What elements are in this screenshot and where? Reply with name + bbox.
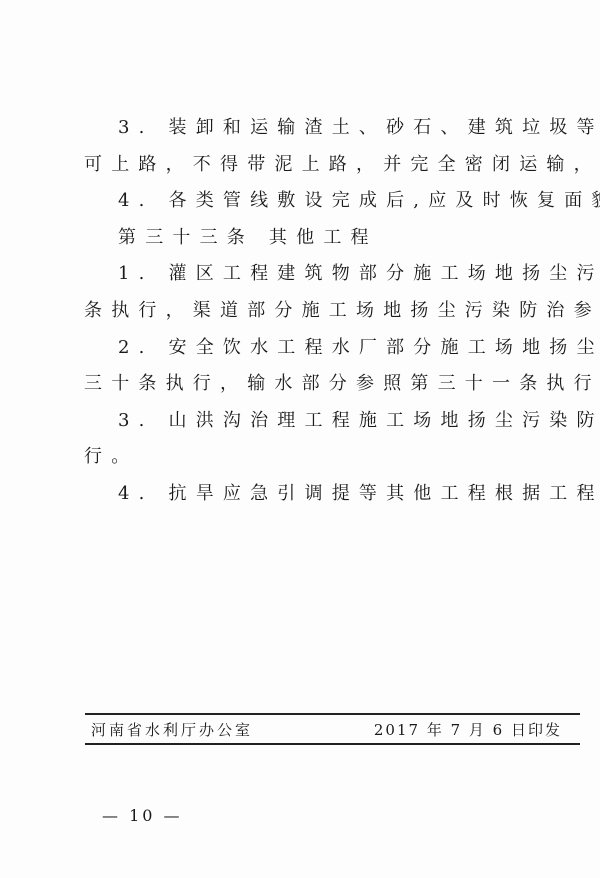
paragraph-line: 条执行，渠道部分施工场地扬尘污染防治参照第三十一条执行。 <box>84 293 584 330</box>
body-text: 3. 装卸和运输渣土、砂石、建筑垃圾等物料的，经冲洗后方 可上路，不得带泥上路，… <box>84 110 584 513</box>
paragraph-line: 3. 装卸和运输渣土、砂石、建筑垃圾等物料的，经冲洗后方 <box>84 110 584 147</box>
paragraph-line: 4. 抗旱应急引调提等其他工程根据工程形式参照执行。 <box>84 476 584 513</box>
paragraph-line: 4. 各类管线敷设完成后,应及时恢复面貌,不得留裸土地面。 <box>84 183 584 220</box>
page-number: — 10 — <box>102 806 183 825</box>
issuance-footer: 河南省水利厅办公室 2017 年 7 月 6 日印发 <box>85 713 580 745</box>
issuer-name: 河南省水利厅办公室 <box>85 719 253 740</box>
paragraph-line: 行。 <box>84 439 584 476</box>
paragraph-line: 可上路，不得带泥上路，并完全密闭运输，不得“抛洒滴漏”。 <box>84 147 584 184</box>
paragraph-line: 1. 灌区工程建筑物部分施工场地扬尘污染防治参照第三十 <box>84 256 584 293</box>
paragraph-line: 2. 安全饮水工程水厂部分施工场地扬尘污染防治应参照第 <box>84 330 584 367</box>
article-heading: 第三十三条 其他工程 <box>84 220 584 257</box>
paragraph-line: 3. 山洪沟治理工程施工场地扬尘污染防治参照第三十一条执 <box>84 403 584 440</box>
document-page: 3. 装卸和运输渣土、砂石、建筑垃圾等物料的，经冲洗后方 可上路，不得带泥上路，… <box>0 0 600 878</box>
issue-date: 2017 年 7 月 6 日印发 <box>374 719 580 740</box>
paragraph-line: 三十条执行，输水部分参照第三十一条执行。 <box>84 366 584 403</box>
